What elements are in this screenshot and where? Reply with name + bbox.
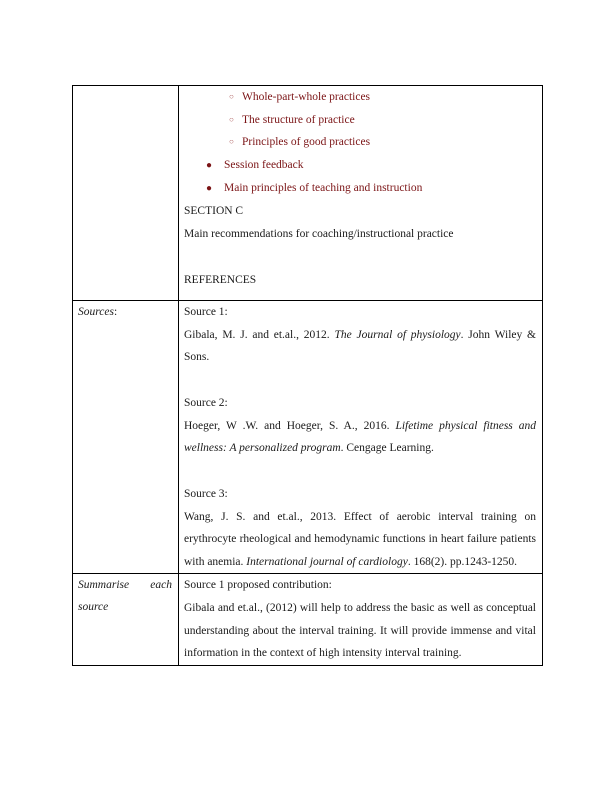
summary-heading: Source 1 proposed contribution: (184, 574, 536, 597)
section-heading: SECTION C (184, 200, 536, 223)
filled-dot-bullet-icon: ● (206, 177, 212, 200)
row-label-empty (73, 86, 179, 301)
list-item: ○Principles of good practices (184, 131, 536, 154)
list-item: ●Session feedback (184, 154, 536, 177)
table-row-summary: Summariseeach source Source 1 proposed c… (73, 574, 543, 666)
source-3-heading: Source 3: (184, 483, 536, 506)
list-item: ●Main principles of teaching and instruc… (184, 177, 536, 200)
outline-cell: ○Whole-part-whole practices ○The structu… (179, 86, 543, 301)
sources-label: Sources (78, 306, 114, 318)
section-text: Main recommendations for coaching/instru… (184, 223, 536, 246)
hollow-circle-bullet-icon: ○ (229, 86, 234, 109)
sources-cell: Source 1: Gibala, M. J. and et.al., 2012… (179, 300, 543, 574)
summary-label-cell: Summariseeach source (73, 574, 179, 666)
assignment-table: ○Whole-part-whole practices ○The structu… (72, 85, 543, 666)
source-1-heading: Source 1: (184, 301, 536, 324)
table-row-sources: Sources: Source 1: Gibala, M. J. and et.… (73, 300, 543, 574)
source-2-heading: Source 2: (184, 392, 536, 415)
hollow-circle-bullet-icon: ○ (229, 109, 234, 132)
source-1-citation: Gibala, M. J. and et.al., 2012. The Jour… (184, 324, 536, 369)
source-2-citation: Hoeger, W .W. and Hoeger, S. A., 2016. L… (184, 415, 536, 460)
sources-label-cell: Sources: (73, 300, 179, 574)
summary-cell: Source 1 proposed contribution: Gibala a… (179, 574, 543, 666)
references-heading: REFERENCES (184, 269, 536, 292)
list-item: ○Whole-part-whole practices (184, 86, 536, 109)
summary-text: Gibala and et.al., (2012) will help to a… (184, 597, 536, 665)
list-item: ○The structure of practice (184, 109, 536, 132)
filled-dot-bullet-icon: ● (206, 154, 212, 177)
hollow-circle-bullet-icon: ○ (229, 131, 234, 154)
summary-label: Summariseeach (78, 574, 172, 596)
table-row-outline: ○Whole-part-whole practices ○The structu… (73, 86, 543, 301)
source-3-citation: Wang, J. S. and et.al., 2013. Effect of … (184, 506, 536, 574)
